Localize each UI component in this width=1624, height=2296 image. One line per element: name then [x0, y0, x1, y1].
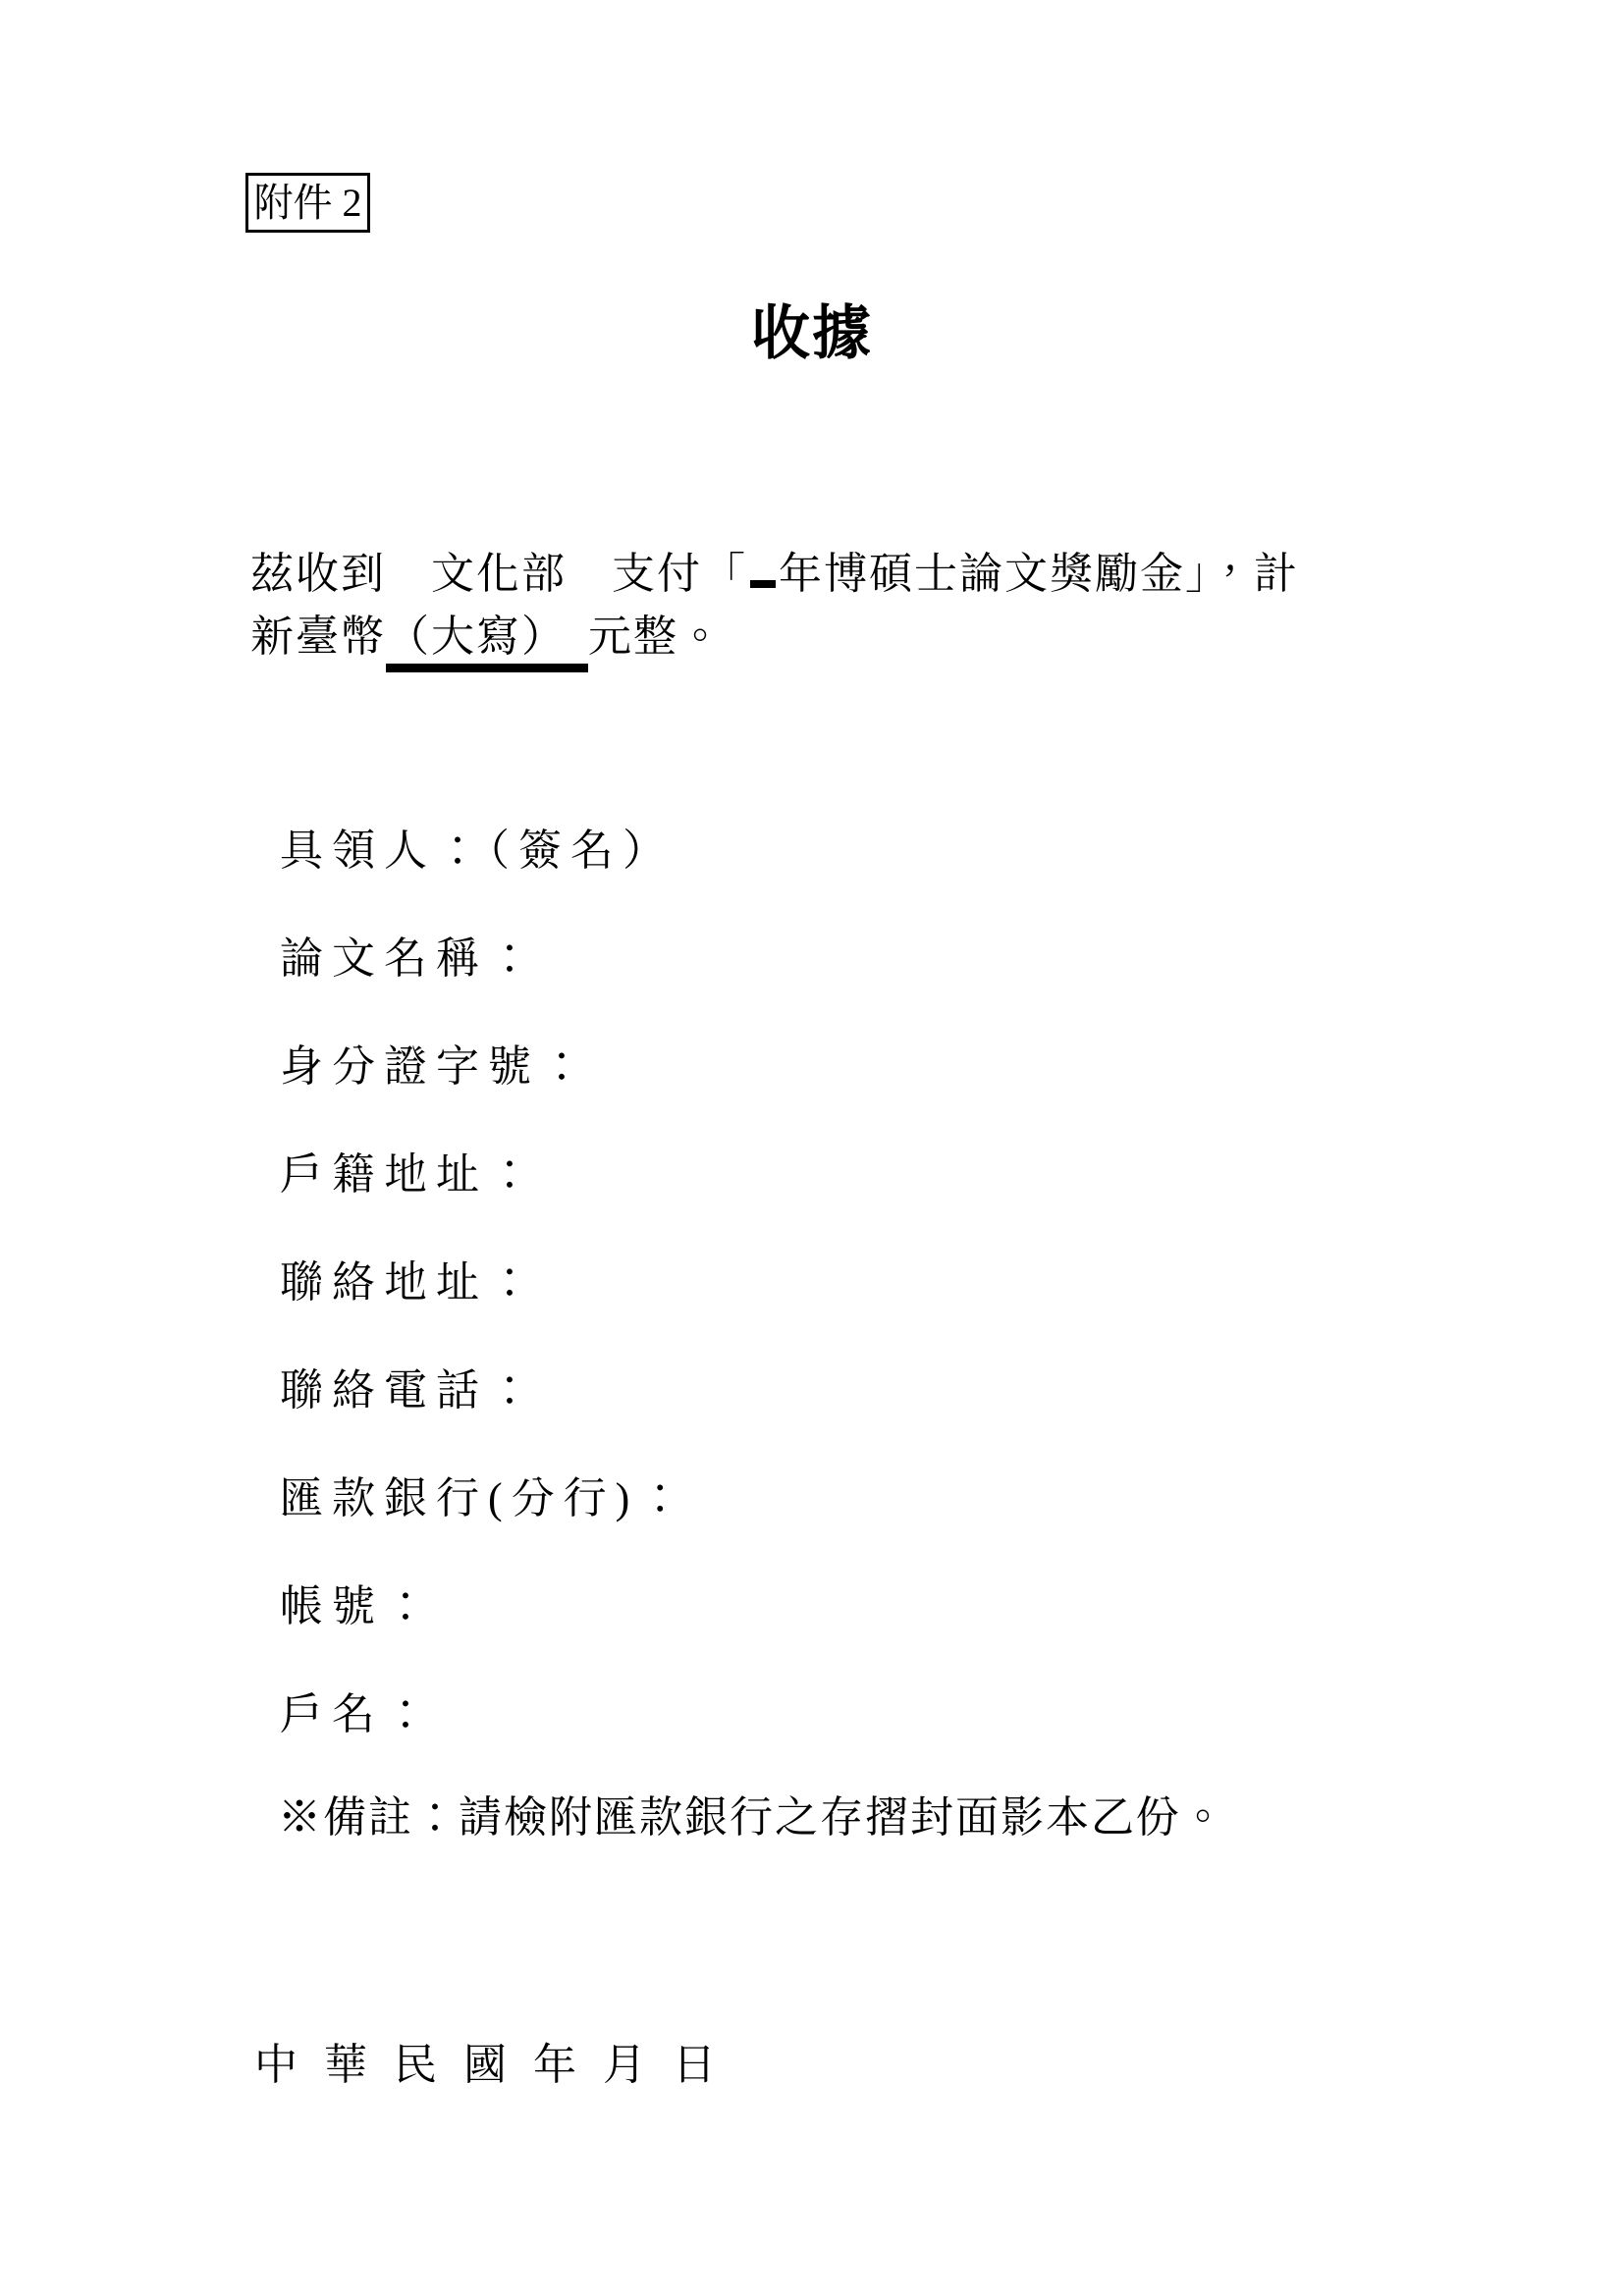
attachment-box: 附件 2: [245, 173, 370, 233]
attachment-label: 附件 2: [254, 184, 362, 223]
amount-blank-line: （大寫）: [386, 612, 588, 672]
paragraph-line-2: 新臺幣（大寫）元整。: [250, 606, 1429, 672]
field-thesis-title: 論文名稱：: [280, 937, 690, 981]
field-remit-bank-branch: 匯款銀行(分行)：: [280, 1477, 690, 1521]
amount-suffix: 元整。: [588, 613, 724, 661]
field-registered-address: 戶籍地址：: [280, 1153, 690, 1197]
field-account-number: 帳號：: [280, 1585, 690, 1629]
remark-note: ※備註：請檢附匯款銀行之存摺封面影本乙份。: [278, 1794, 1226, 1842]
paragraph-line-1-before-blank: 茲收到 文化部 支付「: [250, 550, 747, 598]
field-account-name: 戶名：: [280, 1693, 690, 1736]
receipt-document-page: 附件 2 收據 茲收到 文化部 支付「年博碩士論文獎勵金」，計 新臺幣（大寫）元…: [0, 0, 1624, 2296]
field-id-number: 身分證字號：: [280, 1045, 690, 1089]
field-contact-phone: 聯絡電話：: [280, 1369, 690, 1413]
field-recipient-signature: 具領人：（簽名）: [280, 829, 690, 873]
body-paragraph: 茲收到 文化部 支付「年博碩士論文獎勵金」，計 新臺幣（大寫）元整。: [250, 543, 1429, 672]
field-contact-address: 聯絡地址：: [280, 1261, 690, 1305]
roc-date-line: 中 華 民 國 年 月 日: [254, 2044, 724, 2087]
paragraph-line-1: 茲收到 文化部 支付「年博碩士論文獎勵金」，計: [250, 543, 1429, 606]
year-blank-line: [750, 547, 776, 588]
paragraph-line-1-after-blank: 年博碩士論文獎勵金」，計: [779, 550, 1299, 598]
fields-list: 具領人：（簽名） 論文名稱： 身分證字號： 戶籍地址： 聯絡地址： 聯絡電話： …: [280, 829, 690, 1801]
page-title: 收據: [0, 300, 1624, 368]
currency-prefix: 新臺幣: [250, 613, 386, 661]
